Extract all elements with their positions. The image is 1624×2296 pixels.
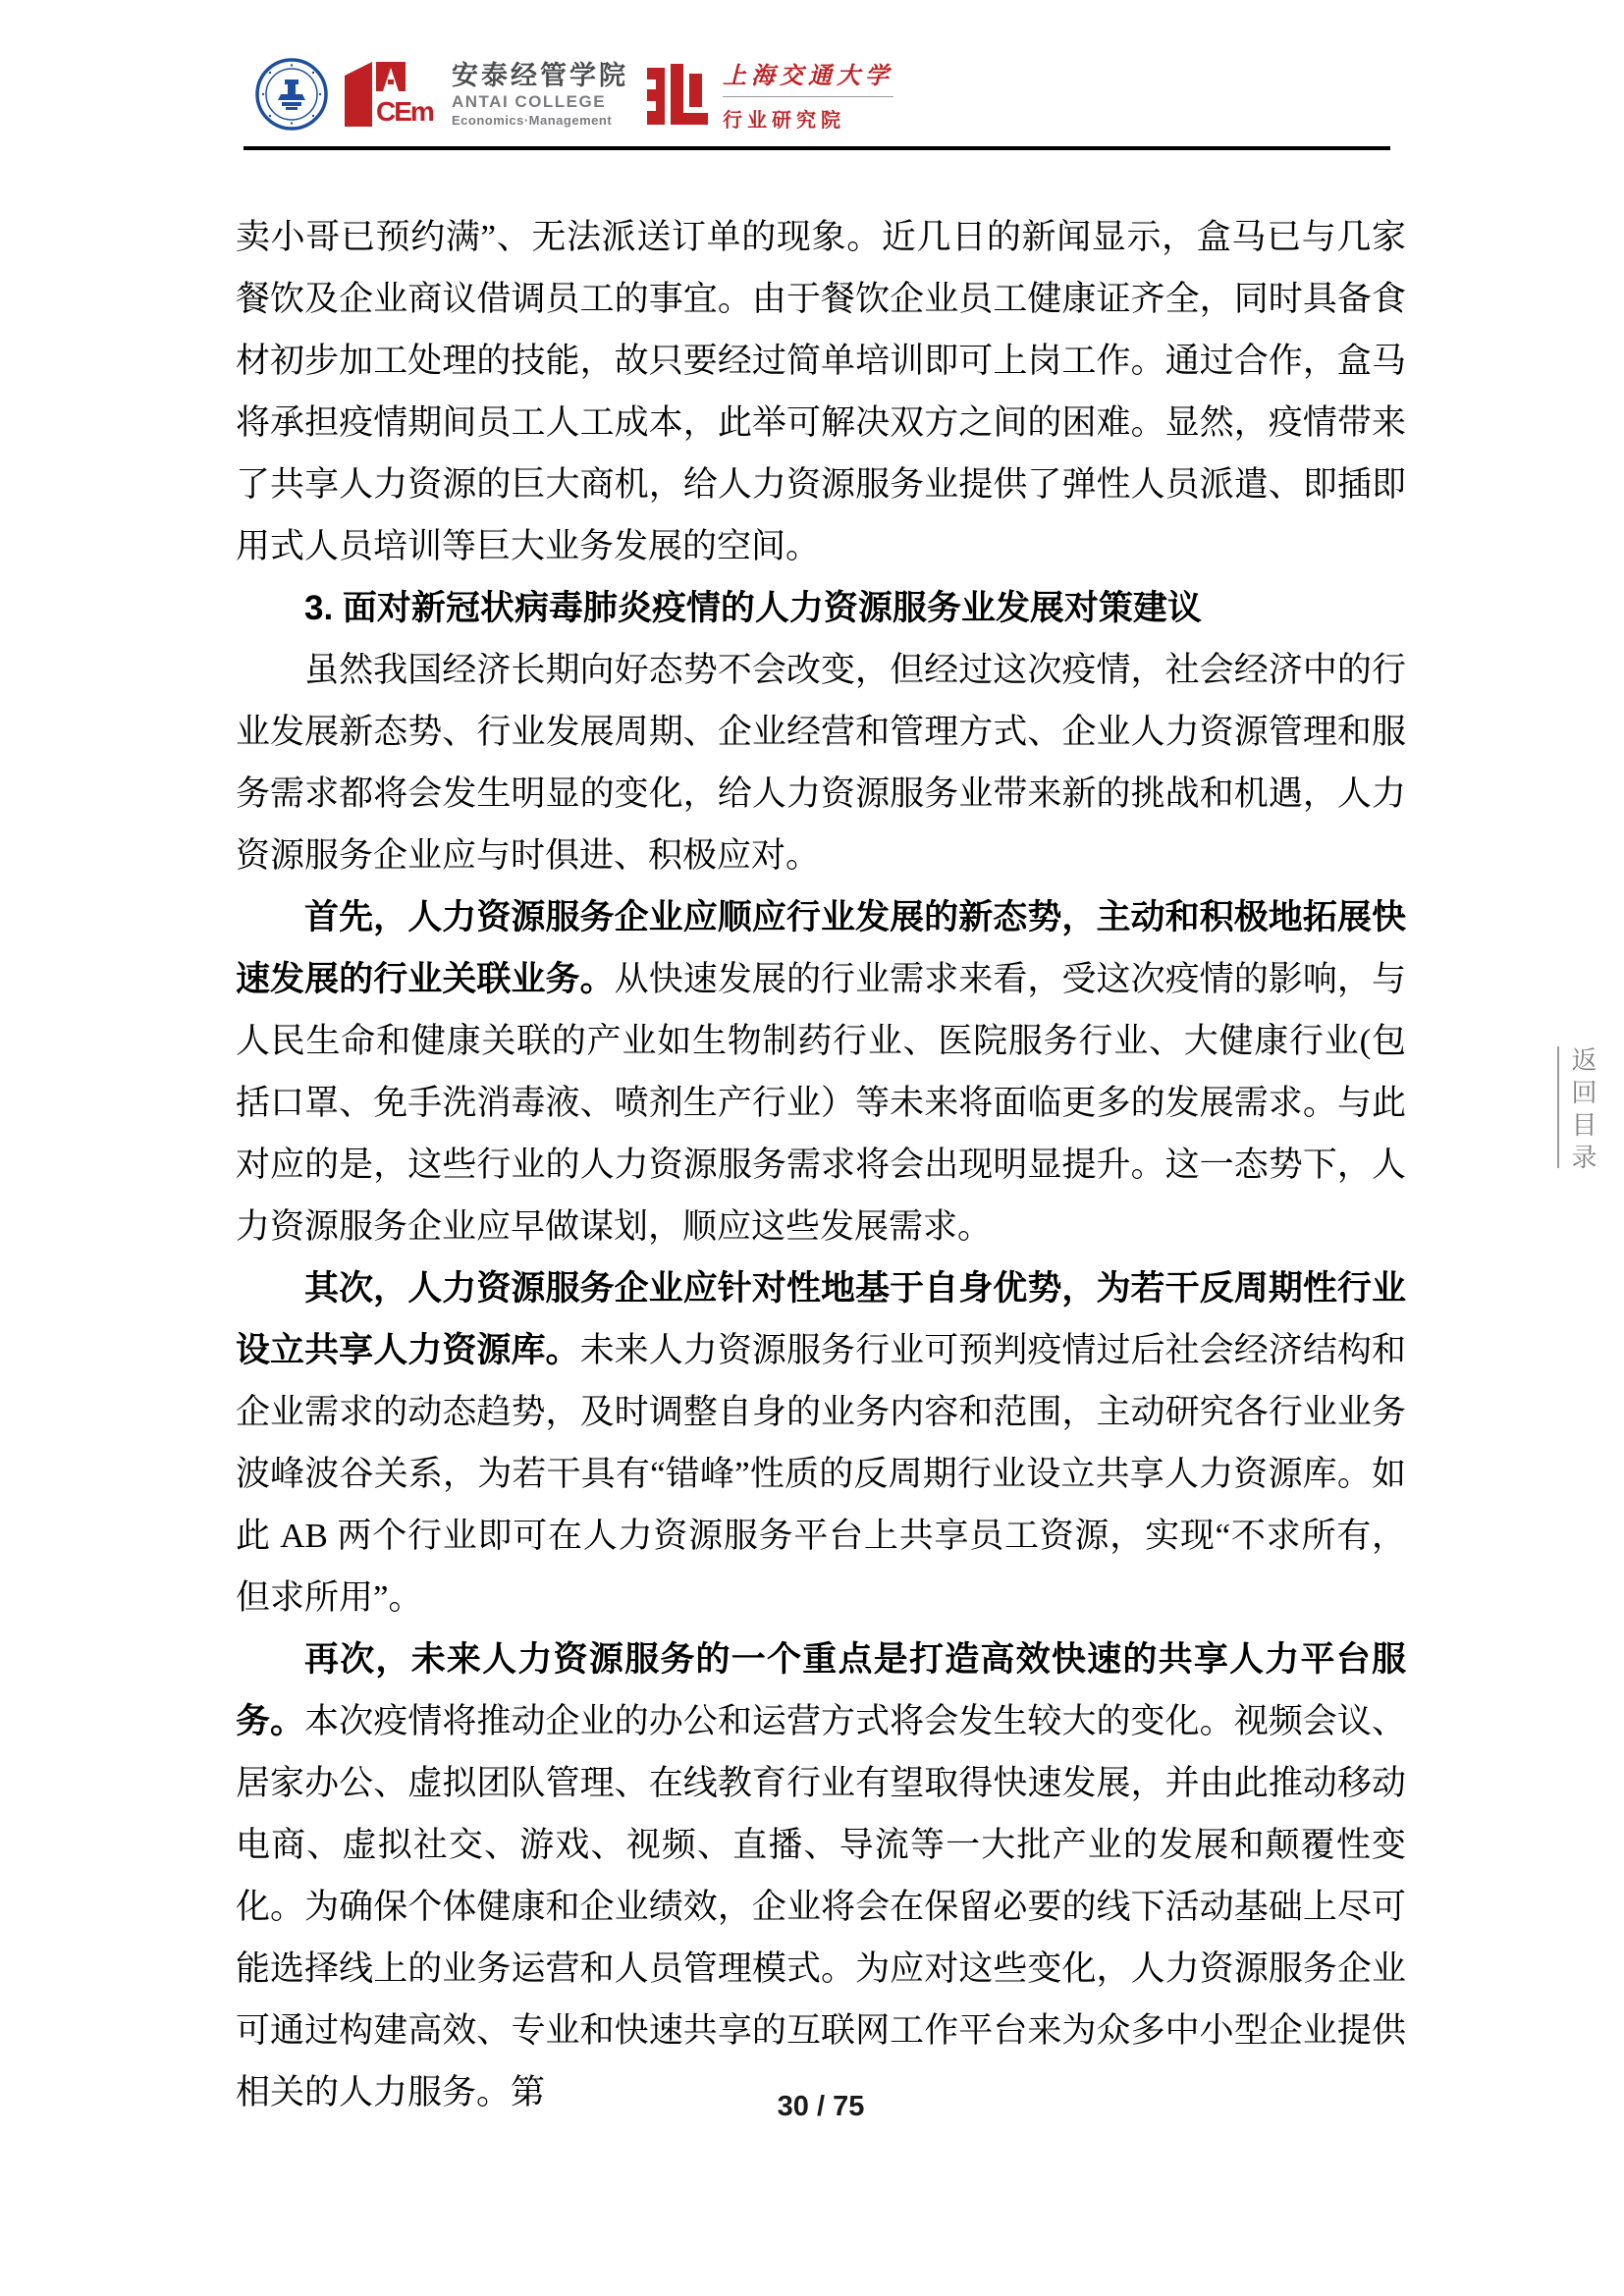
page-footer: 30 / 75 [236, 2091, 1406, 2123]
sjtu-seal-icon [255, 58, 328, 131]
sjtu-script-name: 上海交通大学 [723, 56, 893, 90]
wordmark-divider [723, 96, 893, 97]
toc-link-label: 返回目录 [1564, 1046, 1600, 1176]
section-heading: 3. 面对新冠状病毒肺炎疫情的人力资源服务业发展对策建议 [236, 577, 1406, 639]
institute-wordmark: 上海交通大学 行业研究院 [723, 56, 893, 133]
second-point-text: 未来人力资源服务行业可预判疫情过后社会经济结构和企业需求的动态趋势，及时调整自身… [236, 1331, 1406, 1617]
antai-college-sub: Economics·Management [452, 114, 628, 128]
third-point-text: 本次疫情将推动企业的办公和运营方式将会发生较大的变化。视频会议、居家办公、虚拟团… [236, 1702, 1406, 2111]
page-number: 30 / 75 [778, 2091, 865, 2122]
paragraph-continued: 卖小哥已预约满”、无法派送订单的现象。近几日的新闻显示，盒马已与几家餐饮及企业商… [236, 206, 1406, 577]
document-body: 卖小哥已预约满”、无法派送订单的现象。近几日的新闻显示，盒马已与几家餐饮及企业商… [236, 206, 1406, 2123]
industry-research-institute-logo-icon [647, 64, 708, 125]
antai-wordmark: 安泰经管学院 ANTAI COLLEGE Economics·Managemen… [452, 62, 628, 128]
svg-text:CEm: CEm [376, 96, 434, 127]
institute-name: 行业研究院 [723, 104, 893, 133]
toc-link-divider [1557, 1046, 1559, 1168]
paragraph-overview: 虽然我国经济长期向好态势不会改变，但经过这次疫情，社会经济中的行业发展新态势、行… [236, 639, 1406, 886]
header-rule [244, 146, 1390, 150]
document-page: CEm 安泰经管学院 ANTAI COLLEGE Economics·Manag… [0, 0, 1624, 2296]
antai-college-cn: 安泰经管学院 [452, 62, 628, 89]
first-point-text: 从快速发展的行业需求来看，受这次疫情的影响，与人民生命和健康关联的产业如生物制药… [236, 960, 1406, 1246]
back-to-toc-link[interactable]: 返回目录 [1557, 1046, 1600, 1176]
acem-logo-icon: CEm [343, 62, 437, 127]
paragraph-second-point: 其次，人力资源服务企业应针对性地基于自身优势，为若干反周期性行业设立共享人力资源… [236, 1257, 1406, 1629]
page-header: CEm 安泰经管学院 ANTAI COLLEGE Economics·Manag… [255, 53, 893, 135]
paragraph-third-point: 再次，未来人力资源服务的一个重点是打造高效快速的共享人力平台服务。本次疫情将推动… [236, 1629, 1406, 2123]
paragraph-first-point: 首先，人力资源服务企业应顺应行业发展的新态势，主动和积极地拓展快速发展的行业关联… [236, 886, 1406, 1257]
antai-college-en: ANTAI COLLEGE [452, 93, 628, 111]
